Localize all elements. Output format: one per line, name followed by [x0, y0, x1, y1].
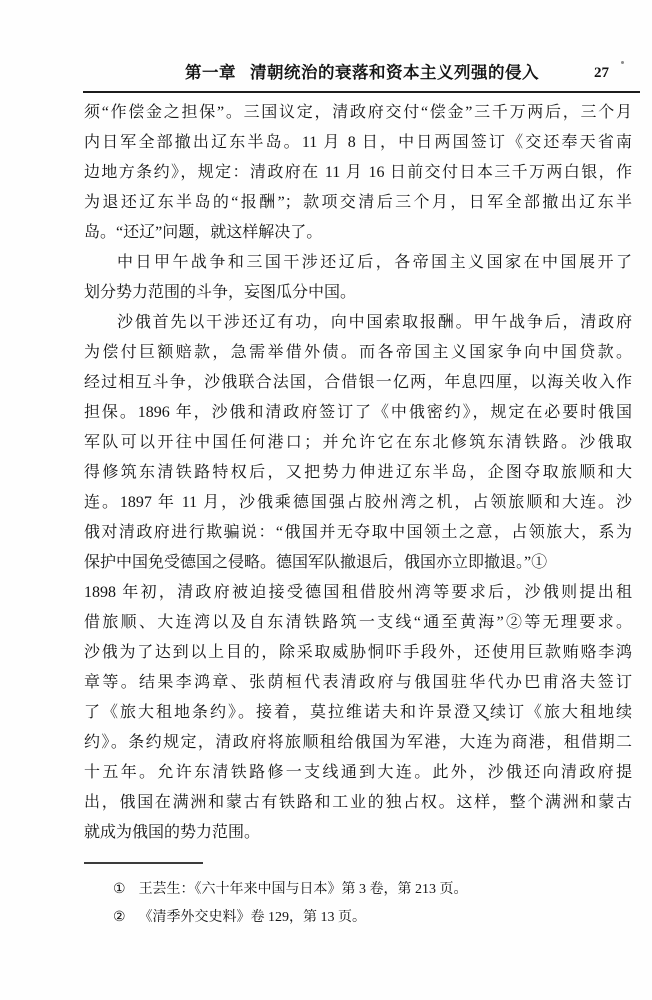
text-line: 岛。“还辽”问题，就这样解决了。 [84, 218, 632, 248]
text-line: 为偿付巨额赔款，急需举借外债。而各帝国主义国家争向中国贷款。 [84, 338, 632, 368]
text-line: 十五年。允许东清铁路修一支线通到大连。此外，沙俄还向清政府提 [84, 758, 632, 788]
footnote-marker: ① [113, 876, 126, 904]
footnote: ②《清季外交史料》卷 129，第 13 页。 [84, 904, 632, 932]
page-number: 27 [594, 61, 609, 85]
text-line: 俄对清政府进行欺骗说：“俄国并无夺取中国领土之意，占领旅大，系为 [84, 518, 632, 548]
text-line: 连。1897 年 11 月，沙俄乘德国强占胶州湾之机，占领旅顺和大连。沙 [84, 488, 632, 518]
text-line: 借旅顺、大连湾以及自东清铁路筑一支线“通至黄海”②等无理要求。 [84, 608, 632, 638]
footnote-marker: ② [113, 904, 126, 932]
text-line: 划分势力范围的斗争，妄图瓜分中国。 [84, 278, 632, 308]
text-line: 出，俄国在满洲和蒙古有铁路和工业的独占权。这样，整个满洲和蒙古 [84, 788, 632, 818]
text-line: 就成为俄国的势力范围。 [84, 818, 632, 848]
book-page: 第一章清朝统治的衰落和资本主义列强的侵入 27 须“作偿金之担保”。三国议定，清… [0, 0, 652, 1000]
chapter-title: 清朝统治的衰落和资本主义列强的侵入 [250, 63, 539, 82]
footnote-text: 《清季外交史料》卷 129，第 13 页。 [139, 910, 367, 925]
chapter-heading: 第一章清朝统治的衰落和资本主义列强的侵入 [84, 61, 640, 85]
footnote-text: 王芸生：《六十年来中国与日本》第 3 卷，第 213 页。 [139, 882, 468, 897]
text-line: 了《旅大租地条约》。接着，莫拉维诺夫和许景澄又续订《旅大租地续 [84, 698, 632, 728]
text-line: 得修筑东清铁路特权后，又把势力伸进辽东半岛，企图夺取旅顺和大 [84, 458, 632, 488]
text-line: 中日甲午战争和三国干涉还辽后，各帝国主义国家在中国展开了 [84, 248, 632, 278]
footnote-separator [84, 862, 203, 864]
text-line: 军队可以开往中国任何港口；并允许它在东北修筑东清铁路。沙俄取 [84, 428, 632, 458]
text-line: 内日军全部撤出辽东半岛。11 月 8 日，中日两国签订《交还奉天省南 [84, 128, 632, 158]
text-line: 1898 年初，清政府被迫接受德国租借胶州湾等要求后，沙俄则提出租 [84, 578, 632, 608]
text-line: 保护中国免受德国之侵略。德国军队撤退后，俄国亦立即撤退。”① [84, 548, 632, 578]
footnotes: ①王芸生：《六十年来中国与日本》第 3 卷，第 213 页。 ②《清季外交史料》… [84, 876, 632, 932]
text-line: 须“作偿金之担保”。三国议定，清政府交付“偿金”三千万两后，三个月 [84, 98, 632, 128]
text-line: 边地方条约》，规定：清政府在 11 月 16 日前交付日本三千万两白银，作 [84, 158, 632, 188]
footnote: ①王芸生：《六十年来中国与日本》第 3 卷，第 213 页。 [84, 876, 632, 904]
scan-speck [486, 718, 489, 721]
running-header: 第一章清朝统治的衰落和资本主义列强的侵入 27 [84, 61, 640, 85]
text-line: 章等。结果李鸿章、张荫桓代表清政府与俄国驻华代办巴甫洛夫签订 [84, 668, 632, 698]
text-line: 经过相互斗争，沙俄联合法国，合借银一亿两，年息四厘，以海关收入作 [84, 368, 632, 398]
text-line: 约》。条约规定，清政府将旅顺租给俄国为军港，大连为商港，租借期二 [84, 728, 632, 758]
body-text: 须“作偿金之担保”。三国议定，清政府交付“偿金”三千万两后，三个月 内日军全部撤… [84, 98, 632, 848]
scan-speck [621, 61, 624, 64]
header-rule [83, 91, 640, 93]
chapter-label: 第一章 [185, 63, 236, 82]
text-line: 为退还辽东半岛的“报酬”；款项交清后三个月，日军全部撤出辽东半 [84, 188, 632, 218]
text-line: 沙俄为了达到以上目的，除采取威胁恫吓手段外，还使用巨款贿赂李鸿 [84, 638, 632, 668]
text-line: 沙俄首先以干涉还辽有功，向中国索取报酬。甲午战争后，清政府 [84, 308, 632, 338]
text-line: 担保。1896 年，沙俄和清政府签订了《中俄密约》，规定在必要时俄国 [84, 398, 632, 428]
